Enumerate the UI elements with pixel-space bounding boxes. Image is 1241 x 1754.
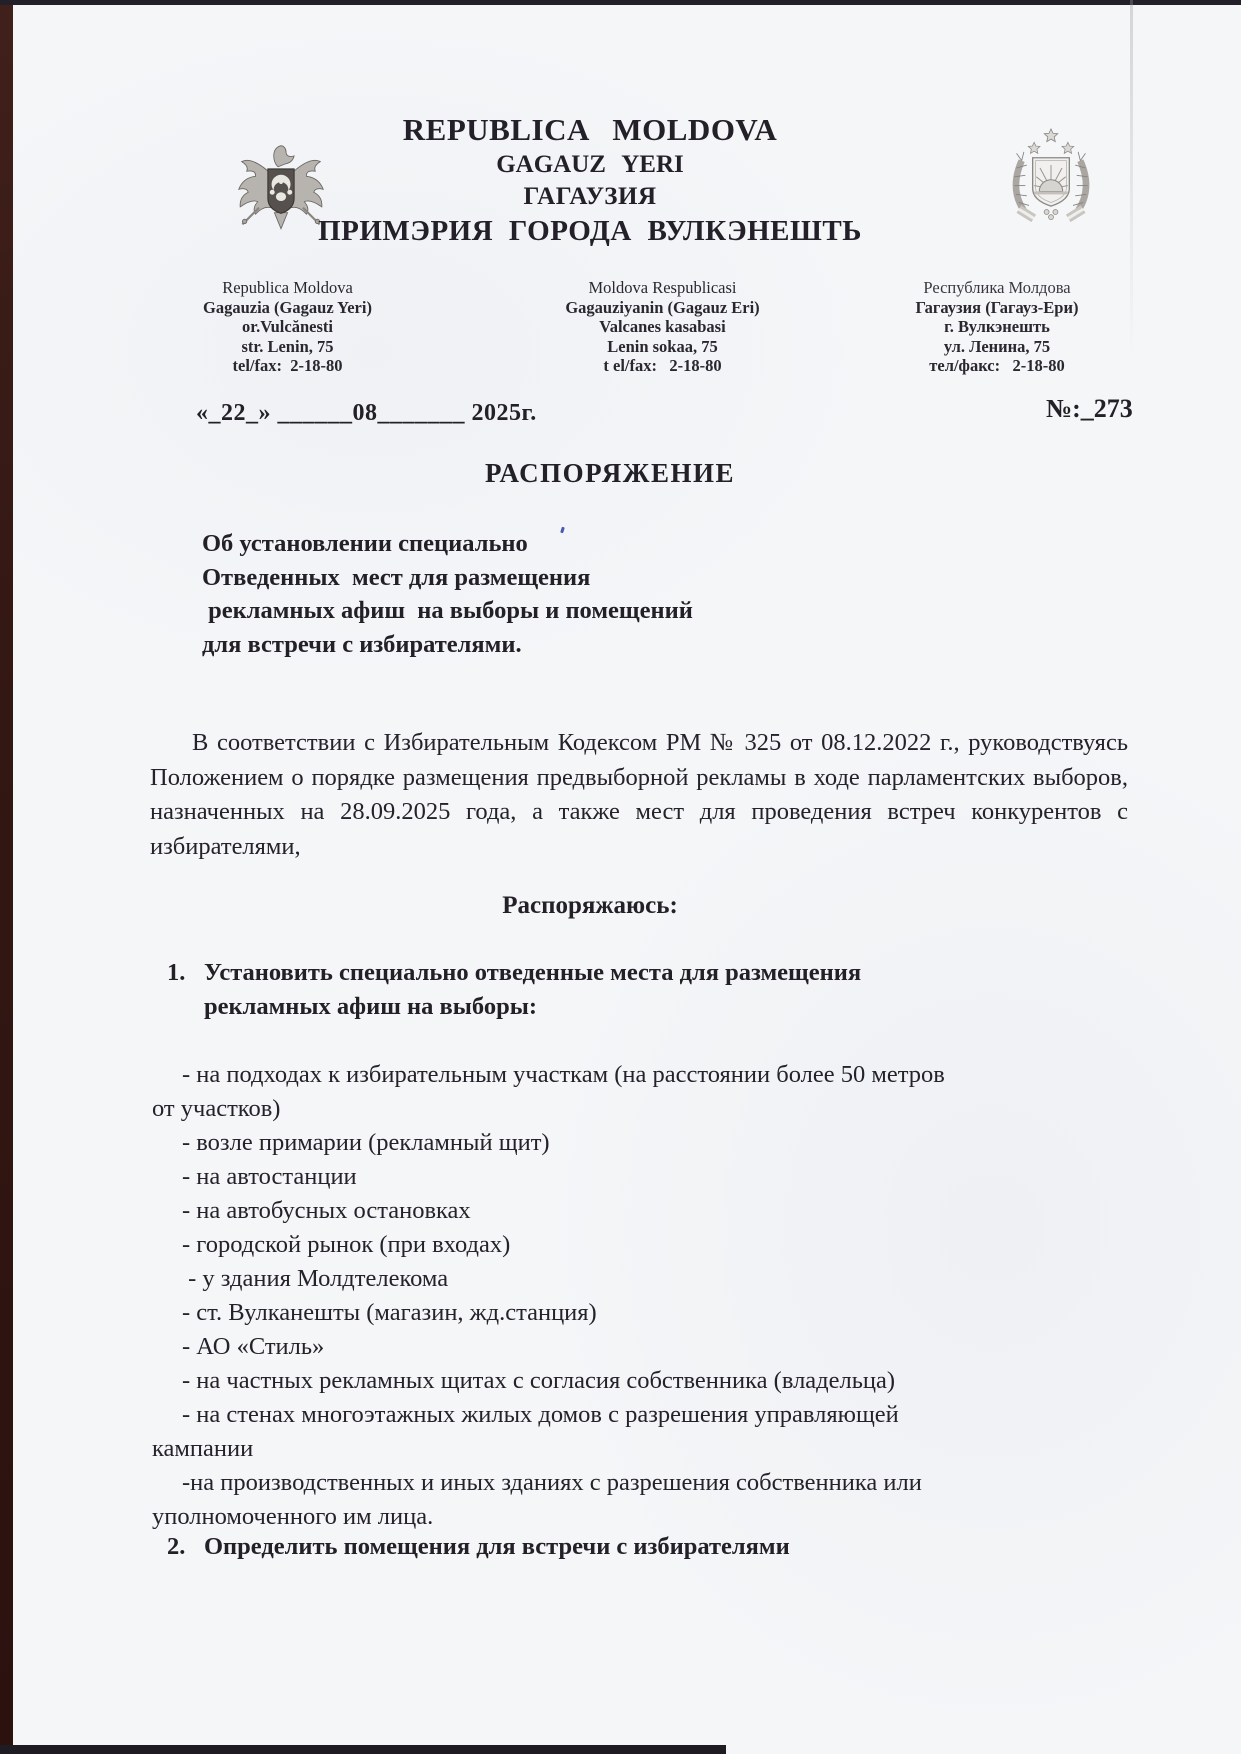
document-date: «_22_» ______08_______ 2025г. — [196, 400, 537, 427]
letterhead-line: Lenin sokaa, 75 — [495, 337, 830, 357]
letterhead-column-romanian: Republica Moldova Gagauzia (Gagauz Yeri)… — [140, 278, 435, 376]
list-item: - на стенах многоэтажных жилых домов с р… — [152, 1398, 1130, 1466]
scan-edge-top — [0, 0, 1241, 5]
item-text: Определить помещения для встречи с избир… — [204, 1530, 790, 1564]
order-item-2: 2. Определить помещения для встречи с из… — [167, 1530, 1087, 1564]
list-item: - на автостанции — [152, 1160, 1130, 1194]
document-number: №:_273 — [1046, 394, 1133, 424]
subject-block: Об установлении специально Отведенных ме… — [202, 527, 693, 661]
item-number: 1. — [167, 956, 204, 1024]
letterhead-column-gagauz: Moldova Respublicasi Gagauziyanin (Gagau… — [495, 278, 830, 376]
list-item: - на частных рекламных щитах с согласия … — [152, 1364, 1130, 1398]
letterhead-line: Valcanes kasabasi — [495, 317, 830, 337]
subject-line: для встречи с избирателями. — [202, 628, 693, 662]
letterhead-line: Republica Moldova — [140, 278, 435, 298]
letterhead-line: тел/факс: 2-18-80 — [822, 356, 1172, 376]
list-item: - у здания Молдтелекома — [152, 1262, 1130, 1296]
letterhead-line: ул. Ленина, 75 — [822, 337, 1172, 357]
document-title: РАСПОРЯЖЕНИЕ — [30, 458, 1190, 489]
subject-line: Об установлении специально — [202, 527, 693, 561]
scan-edge-bottom — [0, 1745, 726, 1754]
letterhead-line: Gagauzia (Gagauz Yeri) — [140, 298, 435, 318]
scanned-document-page: REPUBLICA MOLDOVA GAGAUZ YERI ГАГАУЗИЯ П… — [0, 0, 1241, 1754]
subject-line: рекламных афиш на выборы и помещений — [202, 594, 693, 628]
list-item: - АО «Стиль» — [152, 1330, 1130, 1364]
header-line-republica-moldova: REPUBLICA MOLDOVA — [30, 112, 1150, 148]
letterhead-line: Moldova Respublicasi — [495, 278, 830, 298]
letterhead-line: Республика Молдова — [822, 278, 1172, 298]
header-line-primaria: ПРИМЭРИЯ ГОРОДА ВУЛКЭНЕШТЬ — [30, 215, 1150, 248]
list-item: - городской рынок (при входах) — [152, 1228, 1130, 1262]
letterhead-line: tel/fax: 2-18-80 — [140, 356, 435, 376]
subject-line: Отведенных мест для размещения — [202, 561, 693, 595]
letterhead-line: Гагаузия (Гагауз-Ери) — [822, 298, 1172, 318]
letterhead-line: str. Lenin, 75 — [140, 337, 435, 357]
list-item: - ст. Вулканешты (магазин, жд.станция) — [152, 1296, 1130, 1330]
letterhead-line: г. Вулкэнешть — [822, 317, 1172, 337]
header-line-gagauz-yeri: GAGAUZ YERI — [30, 151, 1150, 179]
order-item-1: 1. Установить специально отведенные мест… — [167, 956, 1027, 1024]
list-item: - на подходах к избирательным участкам (… — [152, 1058, 1130, 1126]
scan-edge-left — [0, 0, 13, 1754]
item-number: 2. — [167, 1530, 204, 1564]
intro-paragraph: В соответствии с Избирательным Кодексом … — [150, 726, 1128, 864]
letterhead-line: t el/fax: 2-18-80 — [495, 356, 830, 376]
letterhead-column-russian: Республика Молдова Гагаузия (Гагауз-Ери)… — [822, 278, 1172, 376]
letterhead-line: Gagauziyanin (Gagauz Eri) — [495, 298, 830, 318]
list-item: - возле примарии (рекламный щит) — [152, 1126, 1130, 1160]
order-word: Распоряжаюсь: — [30, 892, 1150, 920]
letterhead-line: or.Vulcănesti — [140, 317, 435, 337]
document-header: REPUBLICA MOLDOVA GAGAUZ YERI ГАГАУЗИЯ П… — [30, 112, 1150, 248]
list-item: - на автобусных остановках — [152, 1194, 1130, 1228]
places-list: - на подходах к избирательным участкам (… — [152, 1058, 1130, 1534]
list-item: -на производственных и иных зданиях с ра… — [152, 1466, 1130, 1534]
header-line-gagauzia: ГАГАУЗИЯ — [30, 183, 1150, 211]
item-text: Установить специально отведенные места д… — [204, 956, 861, 1024]
